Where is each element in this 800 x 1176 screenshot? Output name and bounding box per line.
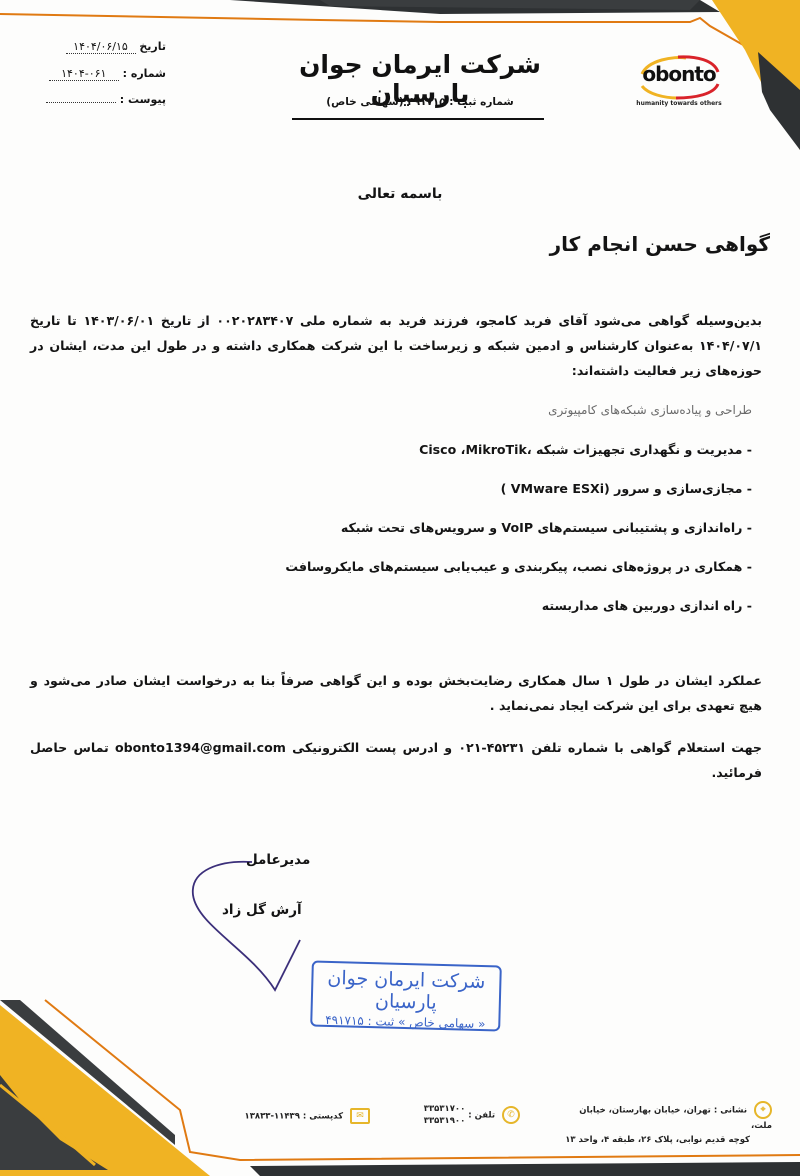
activity-item: - راه‌اندازی و پشتیبانی سیستم‌های VoIP و… [232,518,752,557]
phone-number-2: ۳۳۵۳۱۹۰۰ [424,1116,466,1126]
activity-item: - همکاری در پروژه‌های نصب، پیکربندی و عی… [232,557,752,596]
activity-item: - مجازی‌سازی و سرور (VMware ESXi ) [232,479,752,518]
meta-attachment: پیوست : [36,93,166,106]
number-value: ۱۴۰۴-۰۶۱ [49,67,119,81]
number-label: شماره : [123,67,166,80]
activity-item: - مدیریت و نگهداری تجهیزات شبکه ،Cisco ،… [232,440,752,479]
date-label: تاریخ [139,40,166,53]
contact-paragraph: جهت استعلام گواهی با شماره تلفن ۴۵۲۳۱-۰۲… [30,735,762,785]
bottom-dark-band [250,1162,800,1176]
company-logo: obonto humanity towards others [634,52,724,112]
postal-label: کدپستی : [303,1112,343,1122]
address-line1: نشانی : تهران، خیابان بهارستان، خیابان م… [579,1106,772,1132]
activity-item: طراحی و پیاده‌سازی شبکه‌های کامپیوتری [232,400,752,440]
address-line2: کوچه قدیم نوابی، پلاک ۲۶، طبقه ۴، واحد ۱… [565,1135,750,1145]
envelope-icon: ✉ [350,1108,370,1124]
stamp-company-name: شرکت ایرمان جوان پارسیان [313,967,500,1016]
document-title: گواهی حسن انجام کار [550,232,770,256]
phone-number-1: ۳۳۵۳۱۷۰۰ [424,1104,466,1114]
signature-stroke [193,862,300,990]
logo-tagline: humanity towards others [634,100,724,107]
attachment-value [46,102,116,103]
footer-postal-code: ✉ کدپستی : ۱۱۴۳۹-۱۳۸۳۳ [220,1108,370,1124]
performance-paragraph: عملکرد ایشان در طول ۱ سال همکاری رضایت‌ب… [30,668,762,718]
activity-item: - راه اندازی دوربین های مداربسته [232,596,752,635]
postal-value: ۱۱۴۳۹-۱۳۸۳۳ [245,1112,300,1122]
company-stamp: شرکت ایرمان جوان پارسیان « سهامی خاص » ث… [310,961,502,1032]
footer-address: ⌖ نشانی : تهران، خیابان بهارستان، خیابان… [562,1101,772,1147]
invocation: باسمه تعالی [300,186,500,202]
signatory-title: مدیرعامل [246,852,310,868]
company-registration: شماره ثبت : ۴۹۱۷۱۵ (سهامی خاص) [290,96,550,108]
header-divider [292,118,544,120]
date-value: ۱۴۰۴/۰۶/۱۵ [66,40,136,54]
activities-list: طراحی و پیاده‌سازی شبکه‌های کامپیوتری - … [232,400,752,635]
phone-icon: ✆ [502,1106,520,1124]
signatory-name: آرش گل زاد [222,902,302,918]
intro-paragraph: بدین‌وسیله گواهی می‌شود آقای فربد کامجو،… [30,308,762,383]
logo-wordmark: obonto [634,62,724,86]
attachment-label: پیوست : [120,93,166,106]
footer-phone: ✆ تلفن : ۳۳۵۳۱۷۰۰ ۳۳۵۳۱۹۰۰ [400,1103,520,1127]
location-pin-icon: ⌖ [754,1101,772,1119]
meta-number: شماره : ۱۴۰۴-۰۶۱ [36,67,166,81]
meta-date: تاریخ ۱۴۰۴/۰۶/۱۵ [36,40,166,54]
phone-label: تلفن : [468,1111,495,1121]
